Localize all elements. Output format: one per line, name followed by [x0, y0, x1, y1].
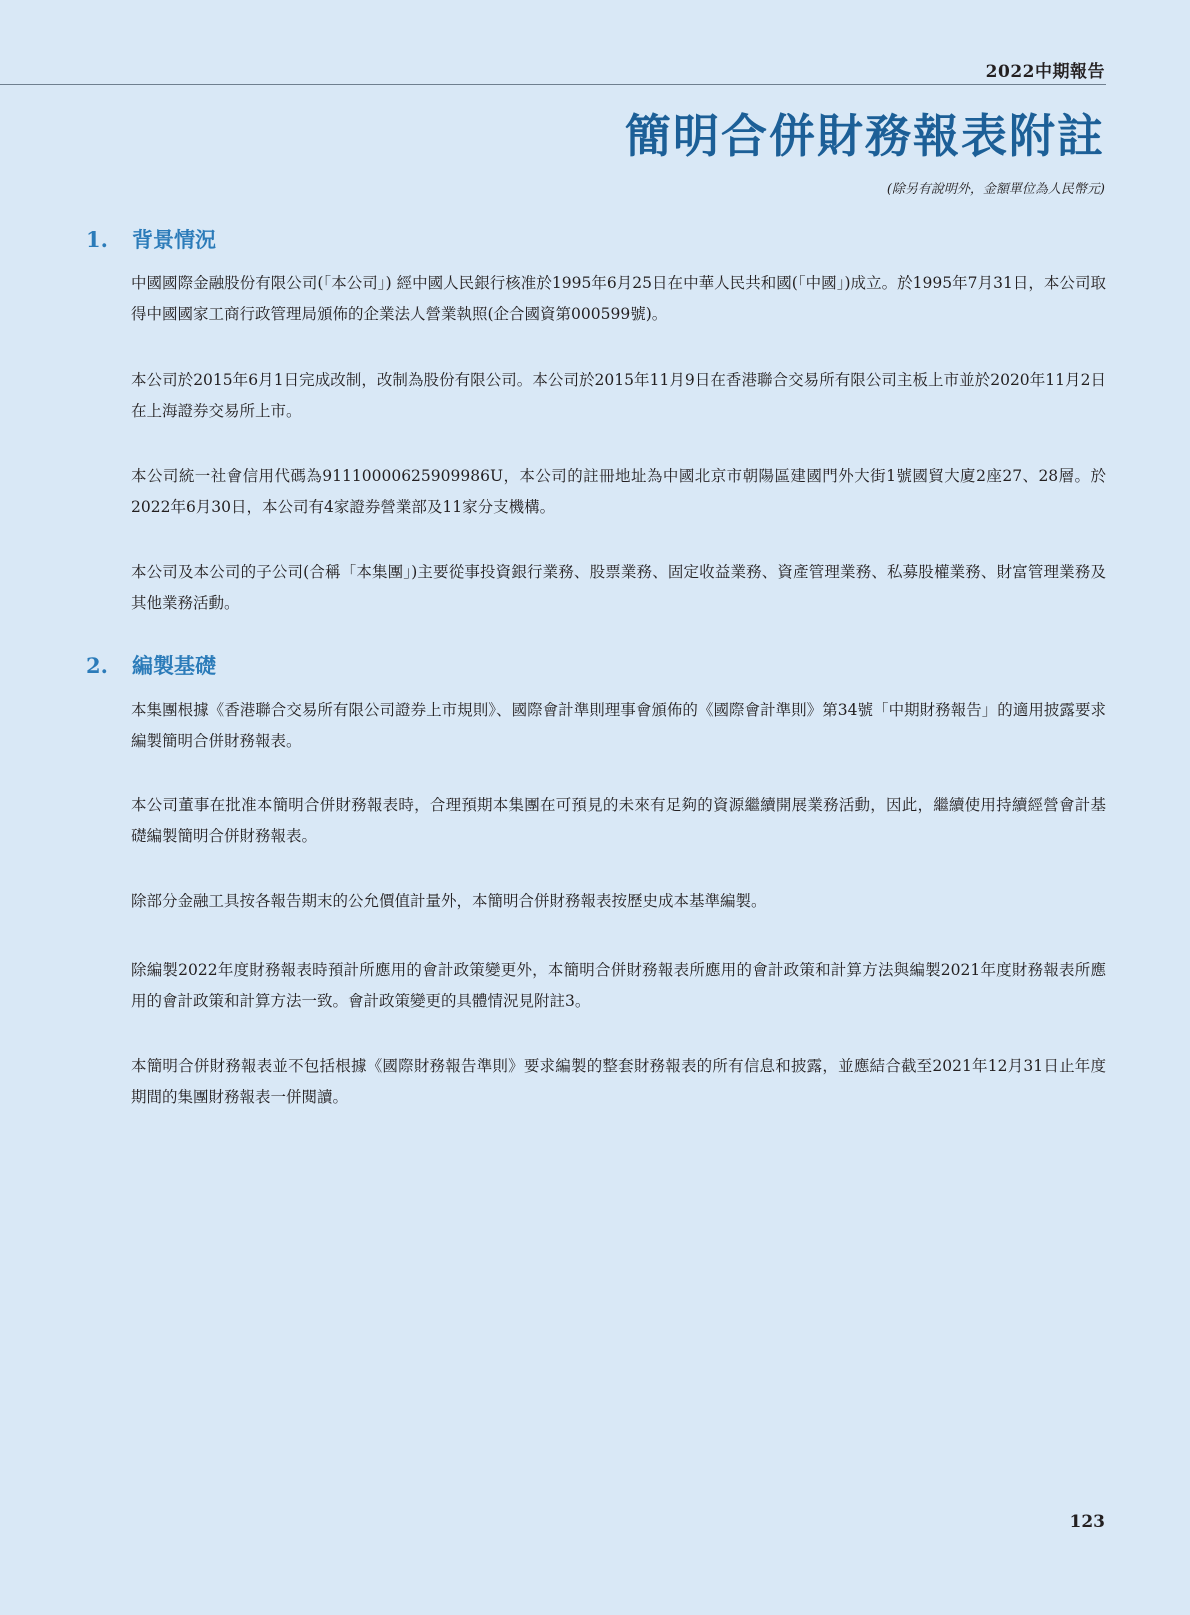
page-number: 123 — [1070, 1512, 1106, 1532]
paragraph: 本公司統一社會信用代碼為91110000625909986U，本公司的註冊地址為… — [131, 461, 1106, 523]
paragraph: 除部分金融工具按各報告期末的公允價值計量外，本簡明合併財務報表按歷史成本基準編製… — [131, 886, 1106, 917]
section-heading-background: 1. 背景情況 — [86, 224, 216, 254]
paragraph: 本公司及本公司的子公司(合稱「本集團」)主要從事投資銀行業務、股票業務、固定收益… — [131, 557, 1106, 619]
section-title: 編製基礎 — [132, 650, 216, 680]
header-rule — [0, 84, 1106, 85]
paragraph: 本公司董事在批准本簡明合併財務報表時，合理預期本集團在可預見的未來有足夠的資源繼… — [131, 790, 1106, 852]
paragraph: 本簡明合併財務報表並不包括根據《國際財務報告準則》要求編製的整套財務報表的所有信… — [131, 1051, 1106, 1113]
report-label: 2022中期報告 — [986, 57, 1105, 82]
section-title: 背景情況 — [132, 224, 216, 254]
page-title: 簡明合併財務報表附註 — [625, 108, 1105, 164]
paragraph: 除編製2022年度財務報表時預計所應用的會計政策變更外，本簡明合併財務報表所應用… — [131, 955, 1106, 1017]
section-number: 2. — [86, 653, 132, 678]
paragraph: 本公司於2015年6月1日完成改制，改制為股份有限公司。本公司於2015年11月… — [131, 365, 1106, 427]
page-subtitle: (除另有說明外，金額單位為人民幣元) — [887, 178, 1105, 197]
paragraph: 中國國際金融股份有限公司(「本公司」) 經中國人民銀行核准於1995年6月25日… — [131, 268, 1106, 330]
section-heading-basis: 2. 編製基礎 — [86, 650, 216, 680]
paragraph: 本集團根據《香港聯合交易所有限公司證券上市規則》、國際會計準則理事會頒佈的《國際… — [131, 695, 1106, 757]
section-number: 1. — [86, 227, 132, 252]
